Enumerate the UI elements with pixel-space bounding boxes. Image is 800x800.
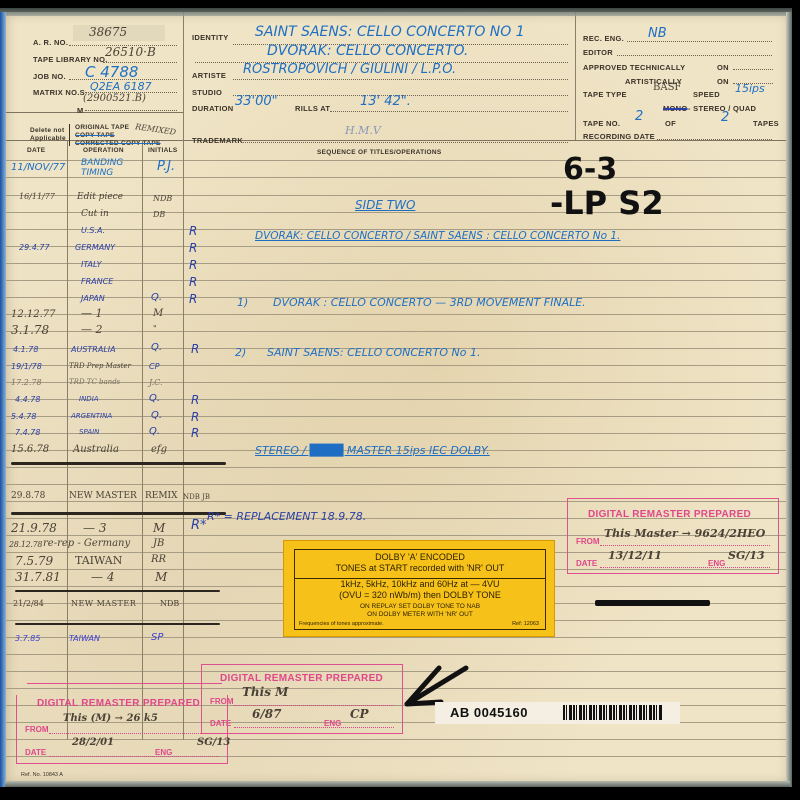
box-edge-bottom	[5, 781, 790, 787]
rills-value: 13' 42".	[360, 94, 411, 109]
copy-tape-option: COPY TAPE	[75, 132, 115, 139]
rec-eng-value: NB	[648, 26, 667, 41]
redaction-mark	[595, 600, 710, 606]
col-header-initials: INITIALS	[148, 147, 177, 154]
header-divider-1	[183, 12, 184, 140]
header-divider-2	[575, 12, 576, 140]
sequence-heading: SEQUENCE OF TITLES/OPERATIONS	[317, 149, 442, 156]
original-tape-option: ORIGINAL TAPE	[75, 124, 129, 131]
box-edge-left	[0, 12, 6, 787]
trademark-value: H.M.V	[345, 124, 381, 137]
section-divider	[11, 462, 226, 465]
sequence-item-2: SAINT SAENS: CELLO CONCERTO No 1.	[267, 346, 480, 359]
ar-no-value: 38675	[89, 25, 127, 39]
replacement-note: R* = REPLACEMENT 18.9.78.	[207, 510, 366, 523]
remaster-stamp-2: DIGITAL REMASTER PREPARED FROM This M DA…	[201, 664, 403, 734]
dolby-label: DOLBY 'A' ENCODED TONES at START recorde…	[283, 540, 555, 637]
barcode-label: AB 0045160	[435, 702, 680, 724]
marker-code-2: -LP S2	[550, 184, 664, 222]
col-header-operation: OPERATION	[83, 147, 124, 154]
col-divider-date	[67, 140, 68, 740]
title-line: DVORAK: CELLO CONCERTO / SAINT SAENS : C…	[255, 230, 620, 242]
artiste-value: ROSTROPOVICH / GIULINI / L.P.O.	[243, 62, 456, 77]
ar-no-label: A. R. NO.	[33, 38, 68, 47]
ref-number: Ref. No. 10843 A	[21, 772, 63, 778]
corrected-copy-option: CORRECTED COPY TAPE	[75, 140, 161, 147]
marker-code-1: 6-3	[563, 152, 617, 187]
tape-no-value: 2	[635, 109, 643, 124]
col-divider-initials	[183, 140, 184, 740]
job-no-label: JOB NO.	[33, 72, 66, 81]
remaster-stamp-1: DIGITAL REMASTER PREPARED FROM This Mast…	[567, 498, 779, 574]
identity-line-2: DVORAK: CELLO CONCERTO.	[267, 43, 468, 59]
remaster-stamp-3: DIGITAL REMASTER PREPARED FROM This (M) …	[16, 695, 228, 764]
tape-total-value: 2	[721, 110, 729, 125]
speed-value: 15ips	[735, 82, 765, 95]
barcode-icon	[563, 705, 663, 720]
col-divider-operation	[142, 140, 143, 740]
master-line: STEREO / ████ MASTER 15ips IEC DOLBY.	[255, 444, 490, 457]
sequence-item-1: DVORAK : CELLO CONCERTO — 3RD MOVEMENT F…	[273, 296, 586, 309]
tape-type-value: BASF	[653, 82, 681, 93]
identity-line-1: SAINT SAENS: CELLO CONCERTO NO 1	[255, 24, 525, 40]
box-edge-top	[0, 8, 792, 16]
barcode-id: AB 0045160	[450, 705, 528, 720]
tape-box-card: A. R. NO. 38675 TAPE LIBRARY NO. 26510·B…	[5, 12, 790, 785]
matrix-label: MATRIX NO.S	[33, 88, 85, 97]
tape-library-value: 26510·B	[105, 45, 156, 59]
col-header-date: DATE	[27, 147, 45, 154]
remixed-note: REMIXED	[135, 122, 177, 137]
side-label: SIDE TWO	[355, 198, 415, 212]
duration-value: 33'00"	[235, 94, 278, 109]
matrix-no-2: (2900521.B)	[83, 93, 146, 104]
box-edge-right	[786, 12, 792, 787]
